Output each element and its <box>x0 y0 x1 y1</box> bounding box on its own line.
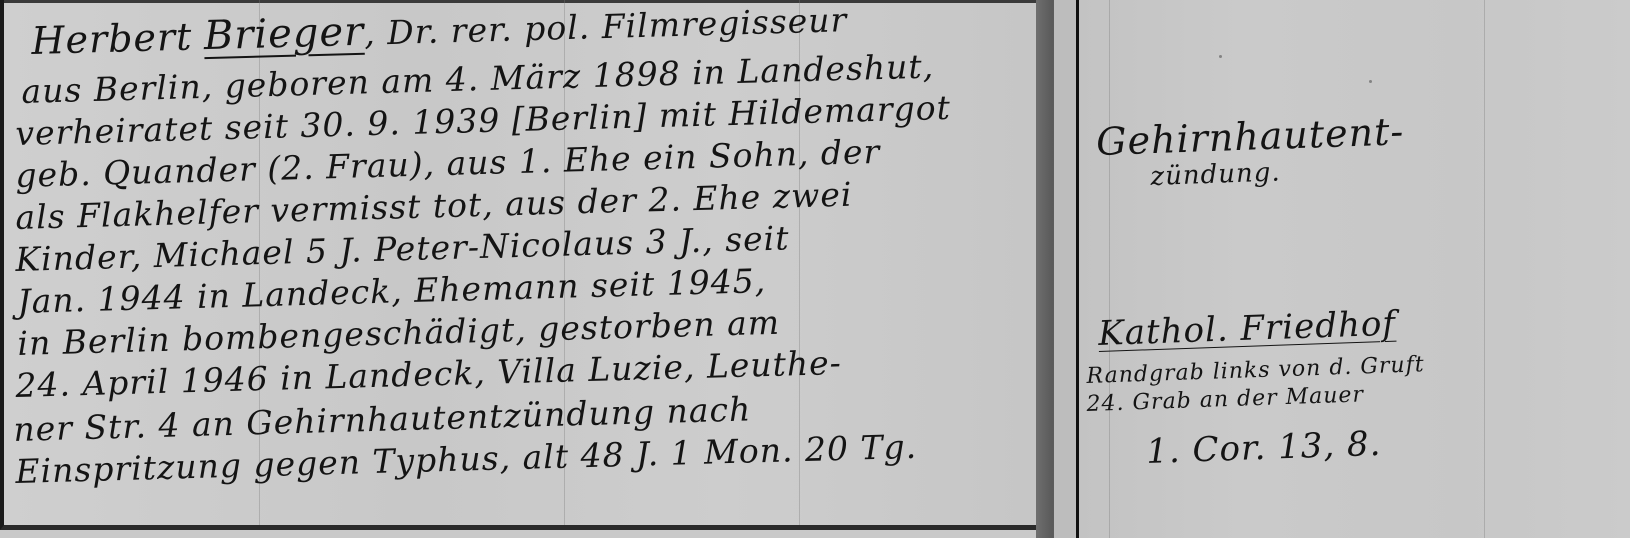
card-top-edge <box>4 0 1036 3</box>
cause-note-line-2: zündung. <box>1150 157 1281 192</box>
register-card-right: Gehirnhautent- zündung. Kathol. Friedhof… <box>1076 0 1630 538</box>
ruling-line <box>1484 0 1485 538</box>
card-divider-edge <box>1054 0 1076 538</box>
cemetery-name: Kathol. Friedhof <box>1098 304 1397 354</box>
scan-speck <box>1369 80 1372 83</box>
ruling-line <box>1109 0 1110 538</box>
title-profession: , Dr. rer. pol. Filmregisseur <box>364 0 848 52</box>
grave-location-line-1: Randgrab links von d. Gruft <box>1086 352 1425 389</box>
bible-verse: 1. Cor. 13, 8. <box>1146 424 1382 472</box>
scanned-document: Herbert Brieger, Dr. rer. pol. Filmregis… <box>0 0 1630 538</box>
surname: Brieger <box>203 9 365 59</box>
register-card-left: Herbert Brieger, Dr. rer. pol. Filmregis… <box>0 0 1036 530</box>
first-name: Herbert <box>31 15 193 63</box>
cemetery-label: Kathol. Friedhof <box>1098 304 1397 354</box>
cause-note-line-1: Gehirnhautent- <box>1095 109 1404 164</box>
scan-speck <box>1219 55 1222 58</box>
